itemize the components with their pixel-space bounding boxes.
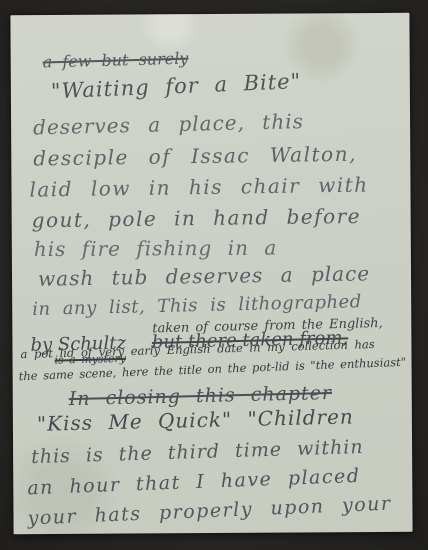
- manuscript-line: wash tub deserves a place: [38, 261, 370, 291]
- manuscript-line: his fire fishing in a: [34, 236, 278, 261]
- manuscript-line: desciple of Issac Walton,: [33, 142, 357, 171]
- manuscript-page: a few but surely "Waiting for a Bite" de…: [10, 13, 412, 534]
- manuscript-line: an hour that I have placed: [27, 465, 361, 499]
- manuscript-line: deserves a place, this: [33, 109, 304, 139]
- manuscript-interline-insertion-struck: is a mystery: [54, 352, 126, 367]
- manuscript-line: laid low in his chair with: [29, 173, 368, 202]
- manuscript-line: in any list, This is lithographed: [32, 291, 362, 320]
- photo-background: { "photo": { "background_color": "#29282…: [0, 0, 428, 550]
- manuscript-line: gout, pole in hand before: [32, 204, 362, 232]
- manuscript-line-title: "Waiting for a Bite": [50, 69, 301, 103]
- manuscript-line: this is the third time within: [31, 436, 364, 468]
- manuscript-line-struck: a few but surely: [42, 49, 188, 72]
- manuscript-line: your hats properly upon your: [27, 493, 392, 530]
